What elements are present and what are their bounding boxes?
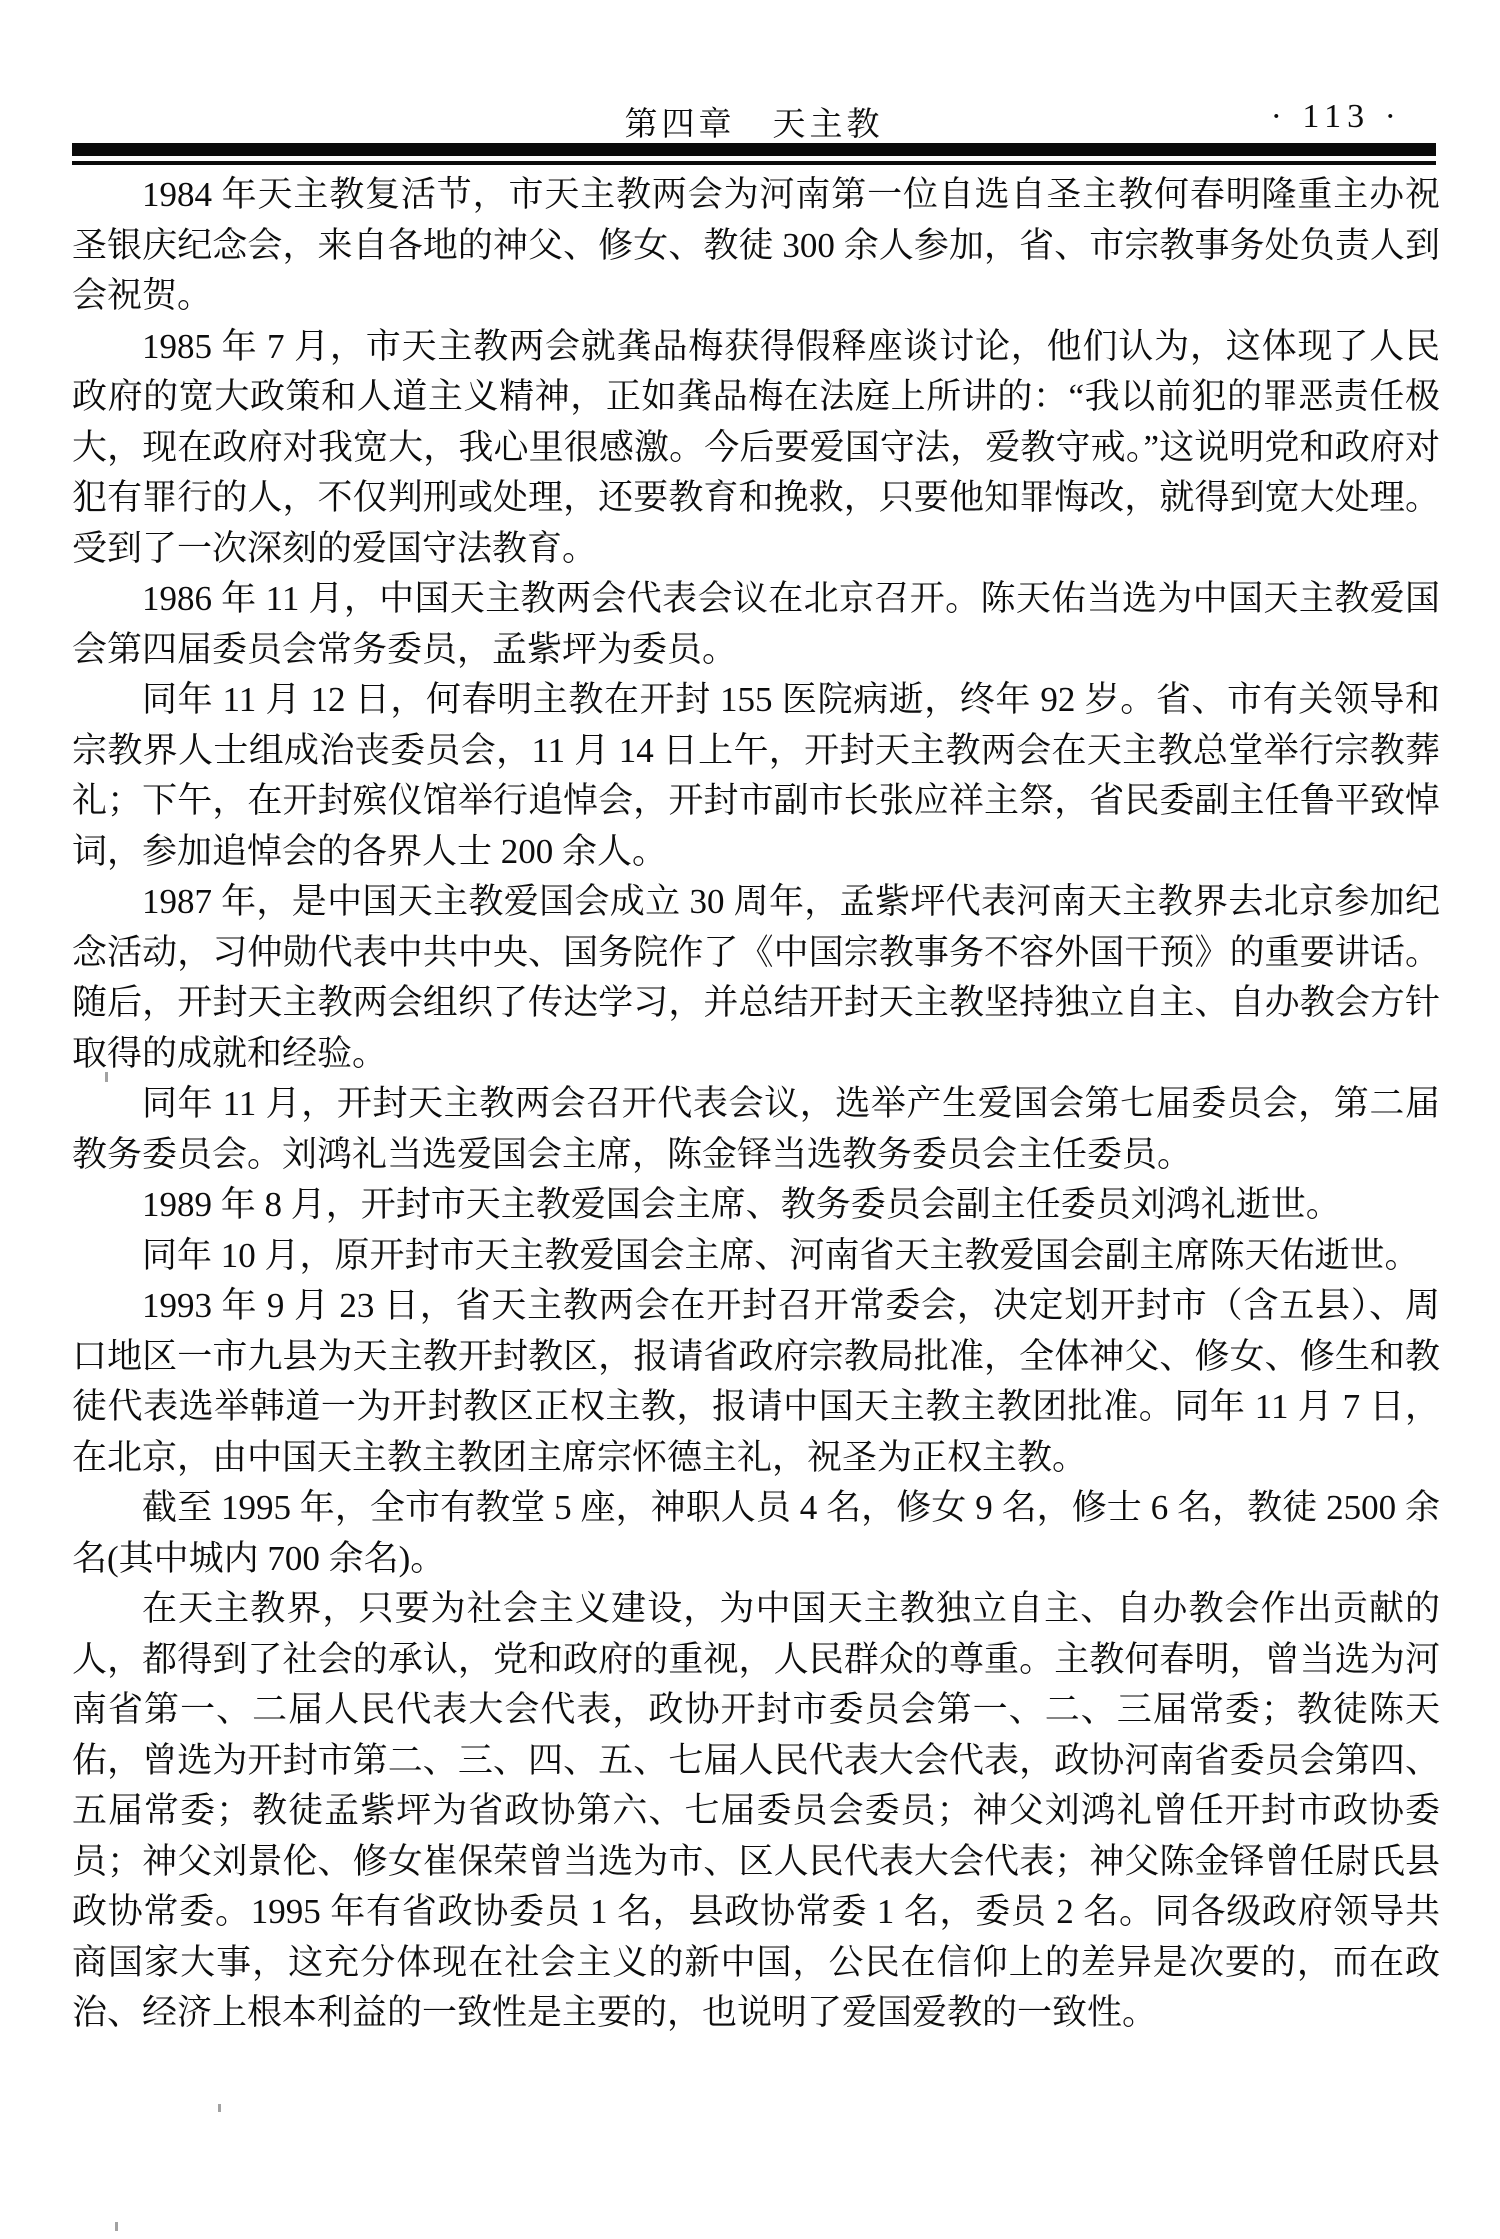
page-body: 1984 年天主教复活节，市天主教两会为河南第一位自选自圣主教何春明隆重主办祝圣… [72, 170, 1440, 2039]
paragraph: 同年 10 月，原开封市天主教爱国会主席、河南省天主教爱国会副主席陈天佑逝世。 [72, 1231, 1440, 1282]
paragraph: 1985 年 7 月，市天主教两会就龚品梅获得假释座谈讨论，他们认为，这体现了人… [72, 322, 1440, 575]
paragraph: 截至 1995 年，全市有教堂 5 座，神职人员 4 名，修女 9 名，修士 6… [72, 1483, 1440, 1584]
scan-speck [115, 2222, 118, 2231]
book-page: 第四章 天主教 · 113 · 1984 年天主教复活节，市天主教两会为河南第一… [0, 0, 1500, 2239]
paragraph: 1987 年，是中国天主教爱国会成立 30 周年，孟紫坪代表河南天主教界去北京参… [72, 877, 1440, 1079]
paragraph: 同年 11 月，开封天主教两会召开代表会议，选举产生爱国会第七届委员会，第二届教… [72, 1079, 1440, 1180]
header-rule-thin [72, 161, 1436, 165]
page-header: 第四章 天主教 · 113 · [72, 98, 1436, 142]
chapter-title: 第四章 天主教 [72, 98, 1436, 145]
paragraph: 在天主教界，只要为社会主义建设，为中国天主教独立自主、自办教会作出贡献的人，都得… [72, 1584, 1440, 2039]
paragraph: 同年 11 月 12 日，何春明主教在开封 155 医院病逝，终年 92 岁。省… [72, 675, 1440, 877]
paragraph: 1989 年 8 月，开封市天主教爱国会主席、教务委员会副主任委员刘鸿礼逝世。 [72, 1180, 1440, 1231]
scan-speck [218, 2104, 221, 2112]
paragraph: 1986 年 11 月，中国天主教两会代表会议在北京召开。陈天佑当选为中国天主教… [72, 574, 1440, 675]
page-number: · 113 · [1271, 98, 1402, 136]
paragraph: 1984 年天主教复活节，市天主教两会为河南第一位自选自圣主教何春明隆重主办祝圣… [72, 170, 1440, 322]
paragraph: 1993 年 9 月 23 日，省天主教两会在开封召开常委会，决定划开封市（含五… [72, 1281, 1440, 1483]
header-rule-thick [72, 143, 1436, 156]
scan-speck [105, 1072, 108, 1082]
